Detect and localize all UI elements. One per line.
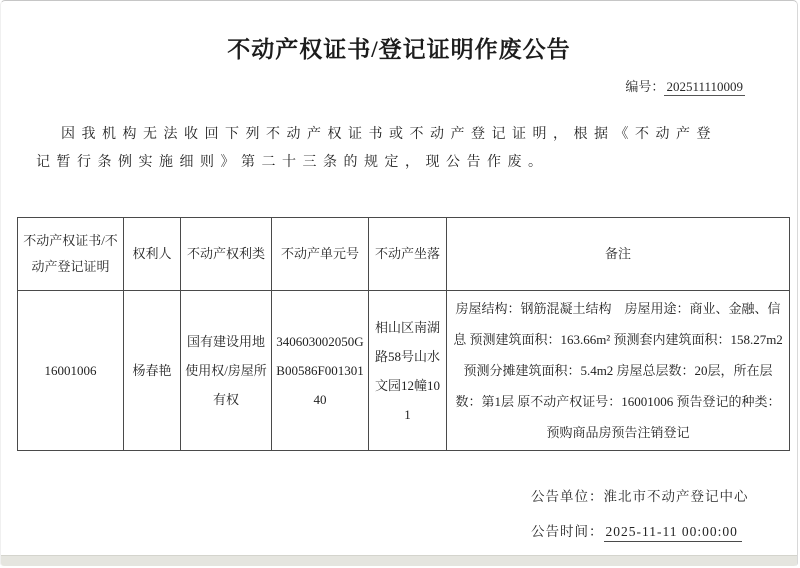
column-header-remark: 备注 <box>447 218 790 291</box>
footer-time-line: 公告时间：2025-11-11 00:00:00 <box>531 520 797 540</box>
cell-right-type: 国有建设用地使用权/房屋所有权 <box>181 291 272 451</box>
doc-number-row: 编号：202511110009 <box>1 76 797 95</box>
doc-number-value: 202511110009 <box>664 79 745 96</box>
column-header-cert-no: 不动产权证书/不动产登记证明 <box>18 218 124 291</box>
column-header-location: 不动产坐落 <box>369 218 447 291</box>
footer-unit-line: 公告单位：淮北市不动产登记中心 <box>531 485 797 505</box>
column-header-holder: 权利人 <box>124 218 181 291</box>
document-window: 不动产权证书/登记证明作废公告 编号：202511110009 因我机构无法收回… <box>0 0 798 566</box>
cell-cert-no: 16001006 <box>18 291 124 451</box>
cell-remark: 房屋结构：钢筋混凝土结构 房屋用途：商业、金融、信息 预测建筑面积：163.66… <box>447 291 790 451</box>
intro-paragraph: 因我机构无法收回下列不动产权证书或不动产登记证明，根据《不动产登记暂行条例实施细… <box>1 121 797 177</box>
cell-location: 相山区南湖路58号山水文园12幢101 <box>369 291 447 451</box>
footer-time-label: 公告时间： <box>531 524 604 539</box>
window-bottom-edge <box>1 555 797 566</box>
cancellation-table: 不动产权证书/不动产登记证明 权利人 不动产权利类 不动产单元号 不动产坐落 备… <box>17 217 790 451</box>
column-header-unit-no: 不动产单元号 <box>272 218 369 291</box>
doc-number-label: 编号： <box>625 79 664 94</box>
footer-unit-value: 淮北市不动产登记中心 <box>604 489 749 504</box>
table-row: 16001006 杨春艳 国有建设用地使用权/房屋所有权 34060300205… <box>18 291 790 451</box>
table-header-row: 不动产权证书/不动产登记证明 权利人 不动产权利类 不动产单元号 不动产坐落 备… <box>18 218 790 291</box>
column-header-right-type: 不动产权利类 <box>181 218 272 291</box>
footer-time-value: 2025-11-11 00:00:00 <box>604 524 742 542</box>
footer-unit-label: 公告单位： <box>531 489 604 504</box>
footer-block: 公告单位：淮北市不动产登记中心 公告时间：2025-11-11 00:00:00 <box>531 485 797 540</box>
cell-unit-no: 340603002050GB00586F00130140 <box>272 291 369 451</box>
cell-holder: 杨春艳 <box>124 291 181 451</box>
page-title: 不动产权证书/登记证明作废公告 <box>1 31 797 64</box>
